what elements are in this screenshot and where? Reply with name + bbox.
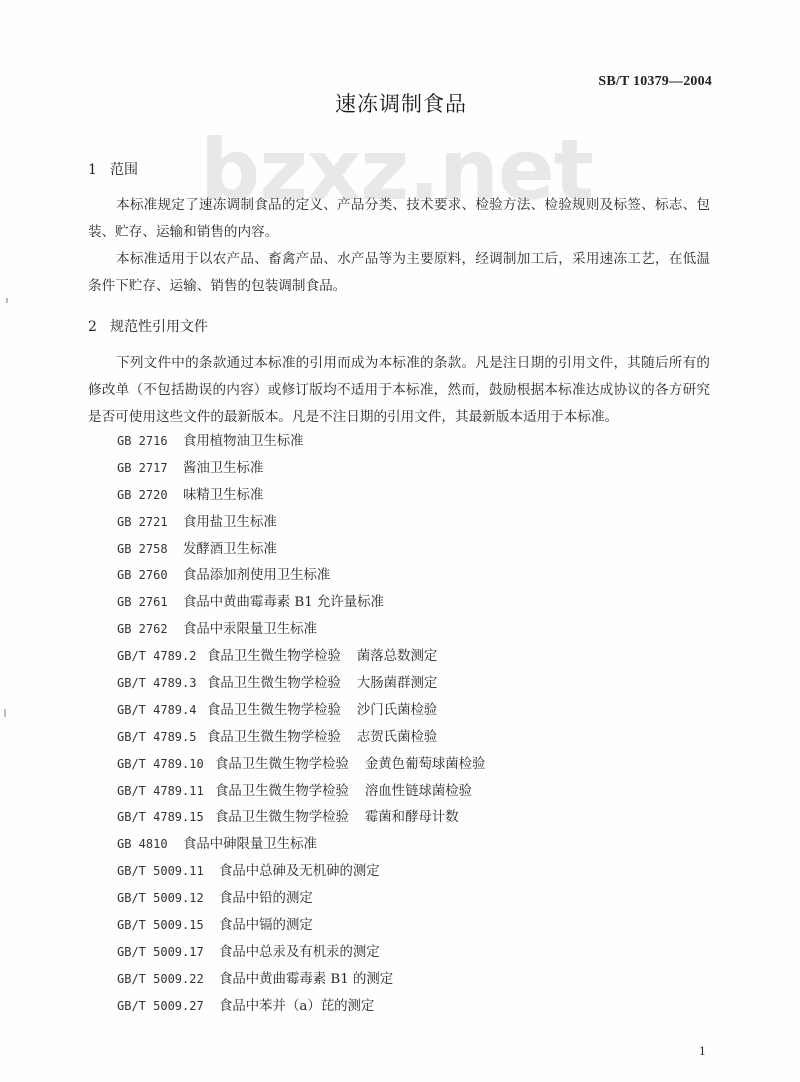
reference-item: GB/T 5009.17食品中总汞及有机汞的测定 (117, 939, 485, 966)
scope-paragraph-2: 本标准适用于以农产品、畜禽产品、水产品等为主要原料，经调制加工后，采用速冻工艺，… (88, 246, 710, 300)
reference-title: 食品中总汞及有机汞的测定 (219, 940, 380, 967)
reference-title: 食用植物油卫生标准 (183, 429, 304, 456)
reference-title: 食品卫生微生物学检验 (207, 644, 341, 671)
reference-item: GB/T 4789.2食品卫生微生物学检验菌落总数测定 (117, 643, 485, 670)
reference-subtitle: 菌落总数测定 (357, 644, 437, 671)
reference-item: GB/T 5009.27食品中苯并（a）芘的测定 (117, 993, 485, 1020)
reference-title: 食品中砷限量卫生标准 (183, 832, 317, 859)
reference-code: GB/T 4789.11 (117, 778, 203, 805)
reference-subtitle: 志贺氏菌检验 (357, 725, 437, 752)
reference-code: GB 2721 (117, 509, 171, 536)
document-title-text: 速冻调制食品 (335, 88, 467, 118)
reference-code: GB 2762 (117, 616, 171, 643)
reference-title: 食品中总砷及无机砷的测定 (219, 859, 380, 886)
reference-subtitle: 金黄色葡萄球菌检验 (365, 752, 486, 779)
reference-subtitle: 大肠菌群测定 (357, 671, 437, 698)
document-page: bzxz.net SB/T 10379—2004 速冻调制食品 1范围 本标准规… (0, 0, 800, 1082)
reference-code: GB 2717 (117, 455, 171, 482)
reference-title: 食品中铅的测定 (219, 886, 313, 913)
reference-item: GB 2721食用盐卫生标准 (117, 509, 485, 536)
reference-code: GB/T 5009.11 (117, 858, 207, 885)
reference-item: GB/T 4789.5食品卫生微生物学检验志贺氏菌检验 (117, 724, 485, 751)
reference-title: 食用盐卫生标准 (183, 510, 277, 537)
section-number: 1 (88, 162, 110, 178)
references-intro-paragraph: 下列文件中的条款通过本标准的引用而成为本标准的条款。凡是注日期的引用文件，其随后… (88, 350, 710, 431)
reference-item: GB/T 4789.4食品卫生微生物学检验沙门氏菌检验 (117, 697, 485, 724)
reference-code: GB/T 4789.15 (117, 804, 203, 831)
reference-code: GB/T 4789.4 (117, 697, 195, 724)
reference-title: 食品卫生微生物学检验 (215, 805, 349, 832)
reference-item: GB/T 5009.12食品中铅的测定 (117, 885, 485, 912)
reference-title: 食品添加剂使用卫生标准 (183, 563, 330, 590)
reference-title: 食品中汞限量卫生标准 (183, 617, 317, 644)
reference-code: GB/T 4789.5 (117, 724, 195, 751)
reference-item: GB/T 4789.11食品卫生微生物学检验溶血性链球菌检验 (117, 778, 485, 805)
reference-item: GB 2758发酵酒卫生标准 (117, 536, 485, 563)
reference-item: GB 2761食品中黄曲霉毒素 B1 允许量标准 (117, 589, 485, 616)
reference-title: 食品卫生微生物学检验 (207, 671, 341, 698)
reference-item: GB 2760食品添加剂使用卫生标准 (117, 562, 485, 589)
reference-item: GB/T 4789.3食品卫生微生物学检验大肠菌群测定 (117, 670, 485, 697)
reference-title: 食品中黄曲霉毒素 B1 允许量标准 (183, 590, 384, 617)
reference-title: 食品卫生微生物学检验 (215, 779, 349, 806)
reference-title: 食品卫生微生物学检验 (207, 725, 341, 752)
reference-item: GB 4810食品中砷限量卫生标准 (117, 831, 485, 858)
section-heading-normative-references: 2规范性引用文件 (88, 316, 208, 336)
reference-code: GB 4810 (117, 831, 171, 858)
reference-subtitle: 溶血性链球菌检验 (365, 779, 472, 806)
section-heading-scope: 1范围 (88, 159, 138, 179)
reference-code: GB/T 5009.12 (117, 885, 207, 912)
document-title: 速冻调制食品 (0, 88, 800, 118)
reference-code: GB/T 4789.2 (117, 643, 195, 670)
reference-code: GB/T 5009.22 (117, 966, 207, 993)
reference-item: GB/T 4789.15食品卫生微生物学检验霉菌和酵母计数 (117, 804, 485, 831)
page-number: 1 (699, 1043, 706, 1059)
reference-title: 食品中苯并（a）芘的测定 (219, 994, 374, 1021)
reference-item: GB 2716食用植物油卫生标准 (117, 428, 485, 455)
scan-artifact (4, 709, 6, 717)
reference-title: 食品中黄曲霉毒素 B1 的测定 (219, 967, 393, 994)
reference-code: GB 2761 (117, 589, 171, 616)
section-number: 2 (88, 319, 110, 335)
reference-item: GB 2717酱油卫生标准 (117, 455, 485, 482)
reference-code: GB/T 4789.3 (117, 670, 195, 697)
reference-code: GB/T 5009.15 (117, 912, 207, 939)
section-title: 范围 (110, 162, 138, 178)
reference-code: GB 2716 (117, 428, 171, 455)
reference-title: 酱油卫生标准 (183, 456, 263, 483)
scan-artifact (6, 298, 8, 303)
reference-code: GB 2760 (117, 562, 171, 589)
reference-item: GB/T 5009.22食品中黄曲霉毒素 B1 的测定 (117, 966, 485, 993)
reference-item: GB/T 5009.15食品中镉的测定 (117, 912, 485, 939)
reference-subtitle: 霉菌和酵母计数 (365, 805, 459, 832)
reference-code: GB 2758 (117, 536, 171, 563)
reference-title: 发酵酒卫生标准 (183, 537, 277, 564)
reference-item: GB 2762食品中汞限量卫生标准 (117, 616, 485, 643)
reference-title: 食品卫生微生物学检验 (215, 752, 349, 779)
reference-code: GB/T 5009.17 (117, 939, 207, 966)
reference-code: GB/T 4789.10 (117, 751, 203, 778)
reference-item: GB/T 5009.11食品中总砷及无机砷的测定 (117, 858, 485, 885)
section-title: 规范性引用文件 (110, 319, 208, 335)
reference-title: 食品卫生微生物学检验 (207, 698, 341, 725)
reference-item: GB/T 4789.10食品卫生微生物学检验金黄色葡萄球菌检验 (117, 751, 485, 778)
reference-list: GB 2716食用植物油卫生标准 GB 2717酱油卫生标准 GB 2720味精… (117, 428, 485, 1020)
reference-subtitle: 沙门氏菌检验 (357, 698, 437, 725)
reference-code: GB/T 5009.27 (117, 993, 207, 1020)
scope-paragraph-1: 本标准规定了速冻调制食品的定义、产品分类、技术要求、检验方法、检验规则及标签、标… (88, 192, 710, 246)
reference-item: GB 2720味精卫生标准 (117, 482, 485, 509)
reference-title: 味精卫生标准 (183, 483, 263, 510)
reference-title: 食品中镉的测定 (219, 913, 313, 940)
reference-code: GB 2720 (117, 482, 171, 509)
